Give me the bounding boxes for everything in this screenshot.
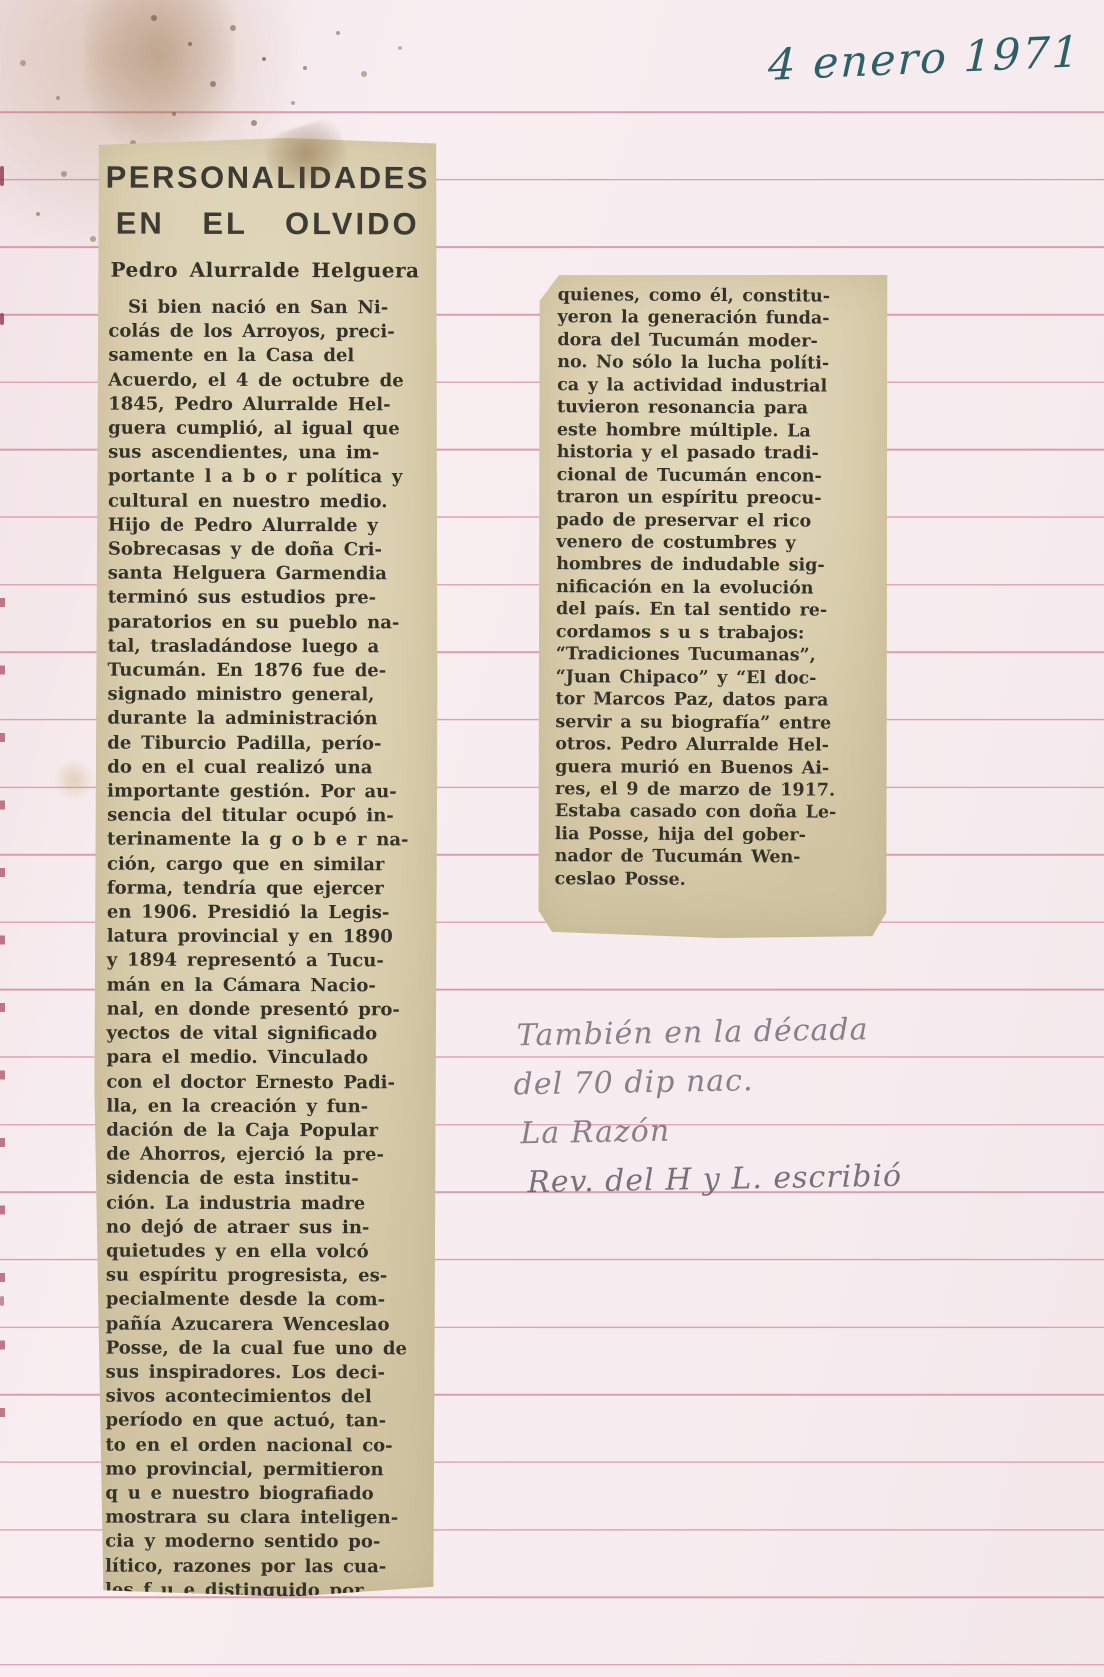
page-edge-mark (0, 313, 4, 325)
handwritten-note-line: del 70 dip nac. (513, 1054, 901, 1110)
article-body-left-column: Si bien nació en San Ni- colás de los Ar… (105, 296, 434, 1604)
newspaper-clipping-right: quienes, como él, constitu- yeron la gen… (536, 273, 889, 939)
handwritten-note-line: La Razón (520, 1103, 902, 1159)
headline-line-2: EN EL OLVIDO (103, 206, 433, 243)
article-byline: Pedro Alurralde Helguera (111, 258, 439, 283)
handwritten-notes: También en la década del 70 dip nac. La … (516, 1005, 902, 1208)
handwritten-note-line: Rev. del H y L. escribió (527, 1152, 903, 1208)
article-body-right-column: quienes, como él, constitu- yeron la gen… (555, 284, 888, 892)
handwritten-note-line: También en la década (516, 1005, 900, 1061)
headline-line-1: PERSONALIDADES (103, 160, 433, 197)
newspaper-clipping-left: PERSONALIDADES EN EL OLVIDO Pedro Alurra… (93, 138, 439, 1599)
mold-speckles (0, 0, 4, 4)
page-edge-mark (0, 166, 4, 186)
article-headline: PERSONALIDADES EN EL OLVIDO (103, 160, 433, 243)
page-edge-mark (0, 1296, 4, 1306)
notebook-page: 4 enero 1971 PERSONALIDADES EN EL OLVIDO… (0, 0, 1104, 1677)
